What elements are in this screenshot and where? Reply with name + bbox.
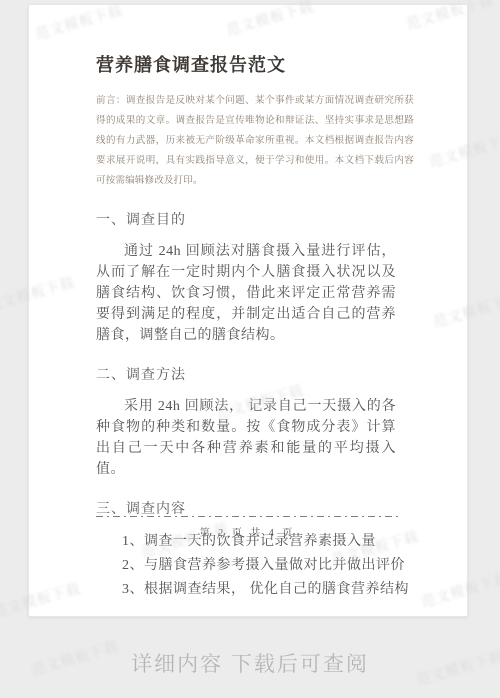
dash-dot-divider xyxy=(96,516,399,517)
document-title: 营养膳食调查报告范文 xyxy=(96,51,412,79)
document-preview: 范文模板下载 范文模板下载 范文模板下载 范文模板下载 范文模板下载 范文模板下… xyxy=(0,0,500,698)
page-footer: 第 2 页 共 4 页 xyxy=(96,516,399,539)
preview-caption: 详细内容 下载后可查阅 xyxy=(0,648,500,678)
survey-content-list: 1、调查一天的饮食并记录营养素摄入量 2、与膳食营养参考摄入量做对比并做出评价 … xyxy=(96,530,412,602)
section-heading-method: 二、调查方法 xyxy=(96,366,412,386)
preface-paragraph: 前言：调查报告是反映对某个问题、某个事件或某方面情况调查研究所获得的成果的文章。… xyxy=(96,91,414,191)
page-indicator: 第 2 页 共 4 页 xyxy=(96,524,399,539)
section-paragraph-purpose: 通过 24h 回顾法对膳食摄入量进行评估，从而了解在一定时期内个人膳食摄入状况以… xyxy=(96,241,396,346)
page-content: 营养膳食调查报告范文 前言：调查报告是反映对某个问题、某个事件或某方面情况调查研… xyxy=(96,5,412,602)
document-page: 营养膳食调查报告范文 前言：调查报告是反映对某个问题、某个事件或某方面情况调查研… xyxy=(28,4,468,617)
section-heading-purpose: 一、调查目的 xyxy=(96,211,412,231)
list-item: 3、根据调查结果， 优化自己的膳食营养结构 xyxy=(122,578,412,602)
list-item: 2、与膳食营养参考摄入量做对比并做出评价 xyxy=(122,554,412,578)
section-paragraph-method: 采用 24h 回顾法， 记录自己一天摄入的各种食物的种类和数量。按《食物成分表》… xyxy=(96,396,396,480)
